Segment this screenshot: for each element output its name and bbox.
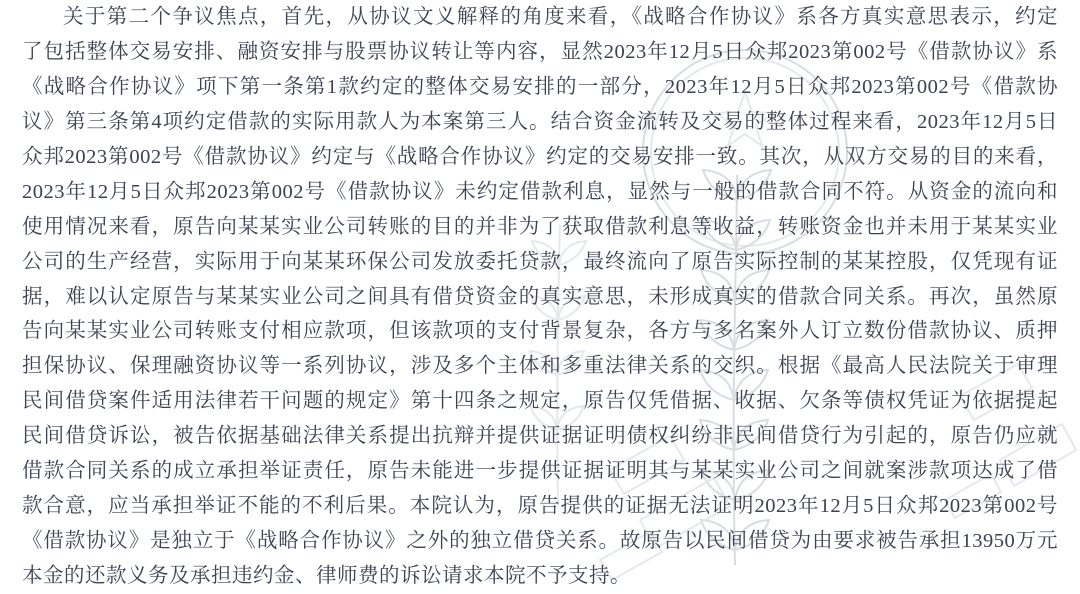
judgment-paragraph: 关于第二个争议焦点，首先，从协议文义解释的角度来看，《战略合作协议》系各方真实意… [22, 0, 1058, 594]
judgment-text-line: 使用情况来看，原告向某某实业公司转账的目的并非为了获取借款利息等收益，转账资金也… [22, 210, 1058, 245]
judgment-text-line: 《战略合作协议》项下第一条第1款约定的整体交易安排的一部分，2023年12月5日… [22, 70, 1058, 105]
judgment-text-line: 2023年12月5日众邦2023第002号《借款协议》未约定借款利息，显然与一般… [22, 175, 1058, 210]
judgment-text-line: 担保协议、保理融资协议等一系列协议，涉及多个主体和多重法律关系的交织。根据《最高… [22, 349, 1058, 384]
judgment-text-line: 关于第二个争议焦点，首先，从协议文义解释的角度来看，《战略合作协议》系各方真实意… [22, 0, 1058, 35]
judgment-text-line: 民间借贷诉讼，被告依据基础法律关系提出抗辩并提供证据证明债权纠纷非民间借贷行为引… [22, 419, 1058, 454]
judgment-text-line: 本金的还款义务及承担违约金、律师费的诉讼请求本院不予支持。 [22, 559, 1058, 594]
document-page: 关于第二个争议焦点，首先，从协议文义解释的角度来看，《战略合作协议》系各方真实意… [0, 0, 1080, 594]
judgment-text-line: 议》第三条第4项约定借款的实际用款人为本案第三人。结合资金流转及交易的整体过程来… [22, 105, 1058, 140]
judgment-text-line: 告向某某实业公司转账支付相应款项，但该款项的支付背景复杂，各方与多名案外人订立数… [22, 314, 1058, 349]
judgment-text-line: 借款合同关系的成立承担举证责任，原告未能进一步提供证据证明其与某某实业公司之间就… [22, 454, 1058, 489]
judgment-text-line: 款合意，应当承担举证不能的不利后果。本院认为，原告提供的证据无法证明2023年1… [22, 489, 1058, 524]
judgment-text-line: 了包括整体交易安排、融资安排与股票协议转让等内容，显然2023年12月5日众邦2… [22, 35, 1058, 70]
judgment-text-line: 民间借贷案件适用法律若干问题的规定》第十四条之规定，原告仅凭借据、收据、欠条等债… [22, 384, 1058, 419]
judgment-text-line: 众邦2023第002号《借款协议》约定与《战略合作协议》约定的交易安排一致。其次… [22, 140, 1058, 175]
judgment-text-line: 《借款协议》是独立于《战略合作协议》之外的独立借贷关系。故原告以民间借贷为由要求… [22, 524, 1058, 559]
judgment-text-line: 公司的生产经营，实际用于向某某环保公司发放委托贷款，最终流向了原告实际控制的某某… [22, 245, 1058, 280]
judgment-text-line: 据，难以认定原告与某某实业公司之间具有借贷资金的真实意思，未形成真实的借款合同关… [22, 280, 1058, 315]
